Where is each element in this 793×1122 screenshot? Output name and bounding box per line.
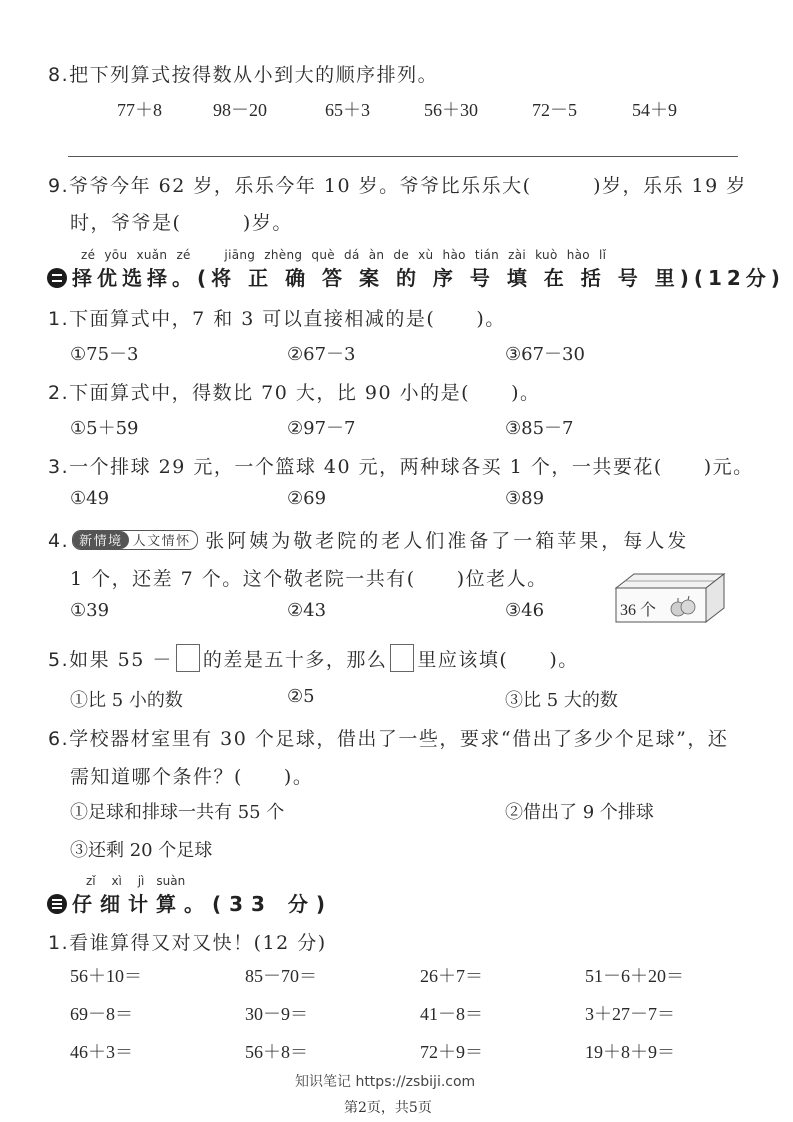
section-title-text: 仔细计算。(33 分) [72, 892, 333, 916]
calc-item[interactable]: 72＋9＝ [420, 1038, 483, 1064]
blank-box[interactable] [390, 644, 414, 672]
tag-humanistic: 人文情怀 [129, 530, 197, 549]
section-title-text: 择优选择。(将 正 确 答 案 的 序 号 填 在 括 号 里)(12分) [72, 266, 785, 290]
question-text: 的差是五十多，那么 [203, 649, 388, 671]
page-indicator: 第2页，共5页 [344, 1097, 432, 1117]
expression: 77＋8 [117, 96, 162, 122]
calc-item[interactable]: 46＋3＝ [70, 1038, 133, 1064]
blank-box[interactable] [176, 644, 200, 672]
question-text-line1: 爷爷今年 62 岁，乐乐今年 10 岁。爷爷比乐乐大( )岁，乐乐 19 岁 [69, 175, 747, 197]
choice-question-4: 4.新情境人文情怀 张阿姨为敬老院的老人们准备了一箱苹果，每人发 [48, 526, 689, 553]
choice-question-1: 1.下面算式中，7 和 3 可以直接相减的是( )。 [48, 304, 506, 331]
calc-item[interactable]: 41－8＝ [420, 1000, 483, 1026]
question-text: 看谁算得又对又快！(12 分) [69, 932, 327, 954]
question-number: 5. [48, 649, 69, 671]
option-2[interactable]: ②5 [287, 686, 315, 707]
question-8: 8.把下列算式按得数从小到大的顺序排列。 [48, 60, 438, 87]
option-1[interactable]: ①5＋59 [70, 414, 139, 440]
calc-item[interactable]: 30－9＝ [245, 1000, 308, 1026]
question-text: 下面算式中，7 和 3 可以直接相减的是( )。 [69, 308, 506, 330]
section-number-three-icon [47, 894, 67, 914]
calc-item[interactable]: 26＋7＝ [420, 962, 483, 988]
option-2[interactable]: ②69 [287, 488, 326, 509]
question-number: 2. [48, 382, 69, 404]
question-text-line2: 时，爷爷是( )岁。 [70, 208, 293, 235]
option-1[interactable]: ①49 [70, 488, 109, 509]
expression: 98－20 [213, 96, 267, 122]
option-1[interactable]: ①足球和排球一共有 55 个 [70, 798, 284, 824]
question-number: 9. [48, 175, 69, 197]
option-3[interactable]: ③比 5 大的数 [505, 686, 618, 712]
question-9: 9.爷爷今年 62 岁，乐乐今年 10 岁。爷爷比乐乐大( )岁，乐乐 19 岁 [48, 171, 747, 198]
question-number: 1. [48, 308, 69, 330]
question-text: 把下列算式按得数从小到大的顺序排列。 [69, 64, 438, 86]
apple-box-illustration: 36 个 [614, 572, 726, 624]
question-number: 3. [48, 456, 69, 478]
option-3[interactable]: ③67－30 [505, 340, 585, 366]
question-text: 里应该填( )。 [417, 649, 578, 671]
question-number: 1. [48, 932, 69, 954]
option-2[interactable]: ②97－7 [287, 414, 356, 440]
calc-item[interactable]: 69－8＝ [70, 1000, 133, 1026]
question-number: 6. [48, 728, 69, 750]
calc-item[interactable]: 3＋27－7＝ [585, 1000, 675, 1026]
answer-line[interactable] [68, 156, 738, 157]
question-text: 一个排球 29 元，一个篮球 40 元，两种球各买 1 个，一共要花( )元。 [69, 456, 754, 478]
expression: 56＋30 [424, 96, 478, 122]
calc-item[interactable]: 56＋8＝ [245, 1038, 308, 1064]
section-3-pinyin: zǐ xì jì suàn [86, 872, 185, 889]
option-1[interactable]: ①75－3 [70, 340, 139, 366]
option-1[interactable]: ①39 [70, 600, 109, 621]
box-label: 36 个 [620, 597, 656, 620]
option-2[interactable]: ②67－3 [287, 340, 356, 366]
section-2-title: 择优选择。(将 正 确 答 案 的 序 号 填 在 括 号 里)(12分) [47, 262, 785, 291]
question-text: 下面算式中，得数比 70 大，比 90 小的是( )。 [69, 382, 540, 404]
expression: 65＋3 [325, 96, 370, 122]
question-number: 8. [48, 64, 69, 86]
option-2[interactable]: ②43 [287, 600, 326, 621]
question-text-line1: 学校器材室里有 30 个足球，借出了一些，要求“借出了多少个足球”，还 [69, 728, 728, 750]
question-text: 如果 55 － [69, 649, 173, 671]
calc-item[interactable]: 56＋10＝ [70, 962, 142, 988]
question-text-line2: 需知道哪个条件？( )。 [70, 762, 313, 789]
footer-site-link[interactable]: 知识笔记 https://zsbiji.com [295, 1071, 475, 1091]
option-3[interactable]: ③还剩 20 个足球 [70, 836, 212, 862]
apple-icon [681, 600, 695, 614]
tag-new-context: 新情境 [73, 531, 129, 549]
option-1[interactable]: ①比 5 小的数 [70, 686, 183, 712]
section-3-title: 仔细计算。(33 分) [47, 888, 333, 917]
question-number: 4. [48, 530, 69, 552]
choice-question-3: 3.一个排球 29 元，一个篮球 40 元，两种球各买 1 个，一共要花( )元… [48, 452, 754, 479]
expression: 72－5 [532, 96, 577, 122]
option-3[interactable]: ③89 [505, 488, 544, 509]
calc-item[interactable]: 19＋8＋9＝ [585, 1038, 675, 1064]
calc-item[interactable]: 85－70＝ [245, 962, 317, 988]
choice-question-2: 2.下面算式中，得数比 70 大，比 90 小的是( )。 [48, 378, 540, 405]
question-text-line1: 张阿姨为敬老院的老人们准备了一箱苹果，每人发 [205, 530, 689, 552]
option-3[interactable]: ③46 [505, 600, 544, 621]
option-2[interactable]: ②借出了 9 个排球 [505, 798, 654, 824]
choice-question-5: 5.如果 55 －的差是五十多，那么里应该填( )。 [48, 644, 579, 672]
context-tag: 新情境人文情怀 [72, 530, 198, 550]
expression: 54＋9 [632, 96, 677, 122]
option-3[interactable]: ③85－7 [505, 414, 574, 440]
section-2-pinyin: zé yōu xuǎn zé jiāng zhèng què dá àn de … [81, 246, 606, 263]
choice-question-6: 6.学校器材室里有 30 个足球，借出了一些，要求“借出了多少个足球”，还 [48, 724, 728, 751]
calc-subquestion-1: 1.看谁算得又对又快！(12 分) [48, 928, 327, 955]
question-text-line2: 1 个，还差 7 个。这个敬老院一共有( )位老人。 [70, 564, 548, 591]
section-number-two-icon [47, 268, 67, 288]
calc-item[interactable]: 51－6＋20＝ [585, 962, 684, 988]
